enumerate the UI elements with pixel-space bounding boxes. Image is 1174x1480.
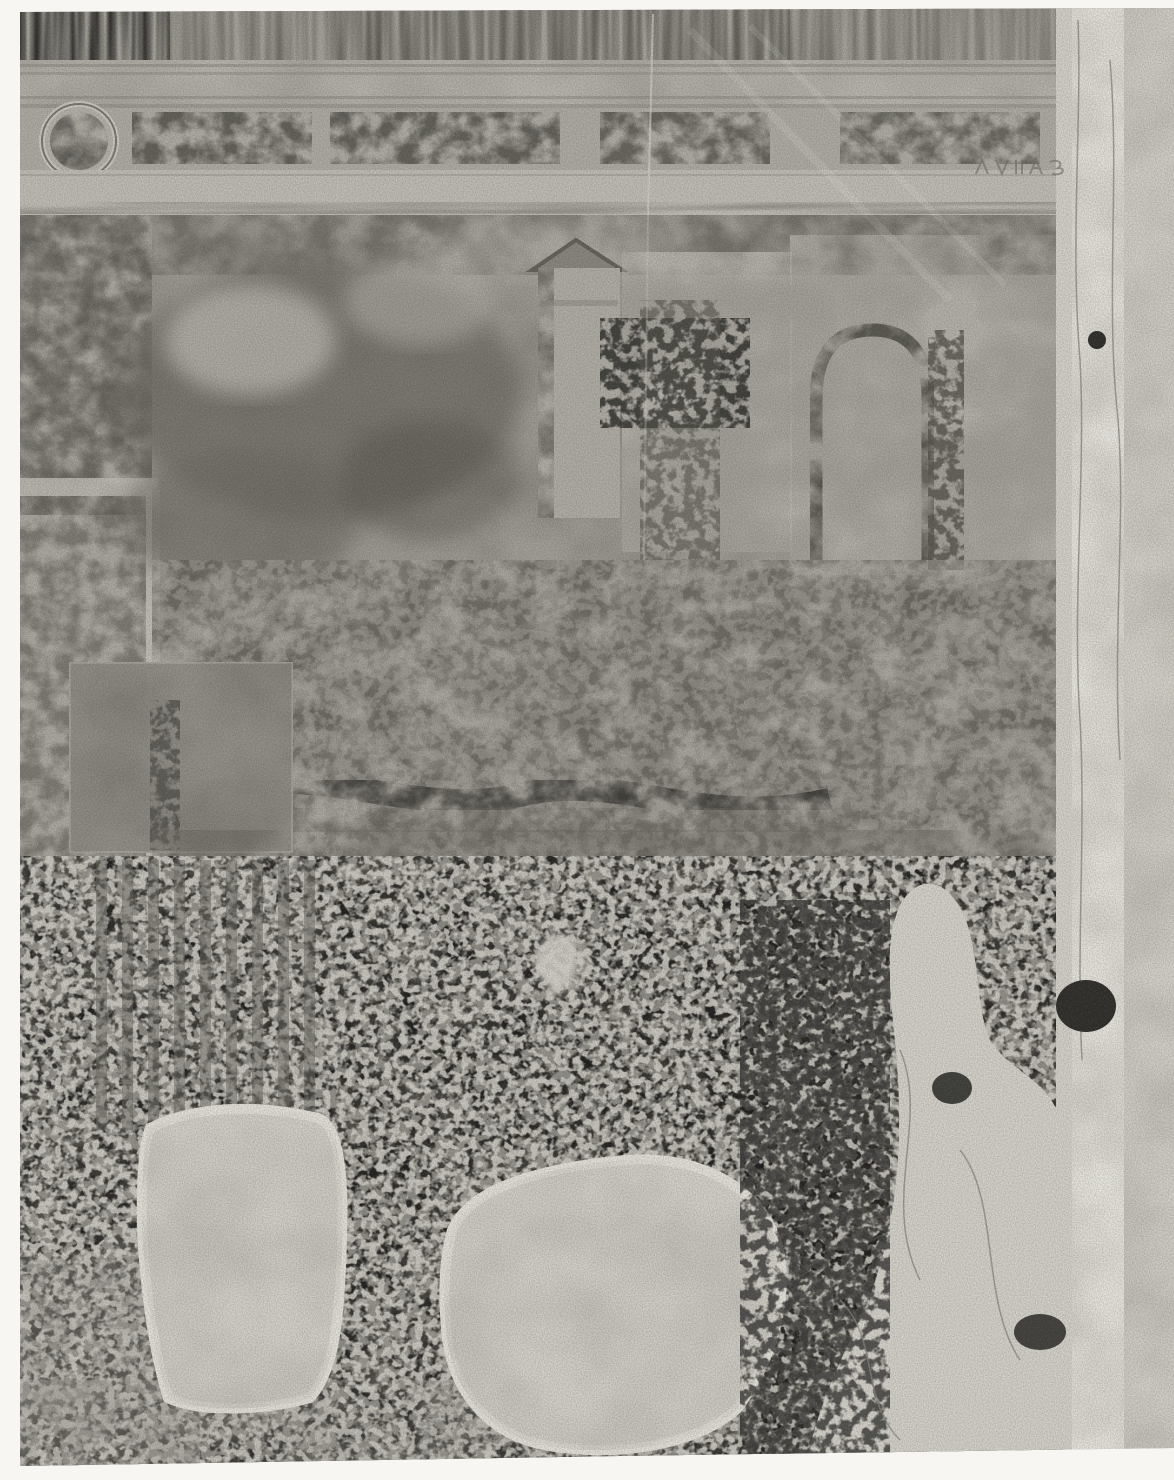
film-grain: photographic grain <box>20 8 1174 1466</box>
fresco-photograph: heavily damaged wall fresco with ornamen… <box>0 0 1174 1480</box>
grain-light <box>20 8 1174 1466</box>
photo-page: heavily damaged wall fresco with ornamen… <box>0 0 1174 1480</box>
photo-emulsion: streaked wall surface above the cornice … <box>20 8 1174 1466</box>
fresco-canvas: streaked wall surface above the cornice … <box>0 0 1174 1480</box>
